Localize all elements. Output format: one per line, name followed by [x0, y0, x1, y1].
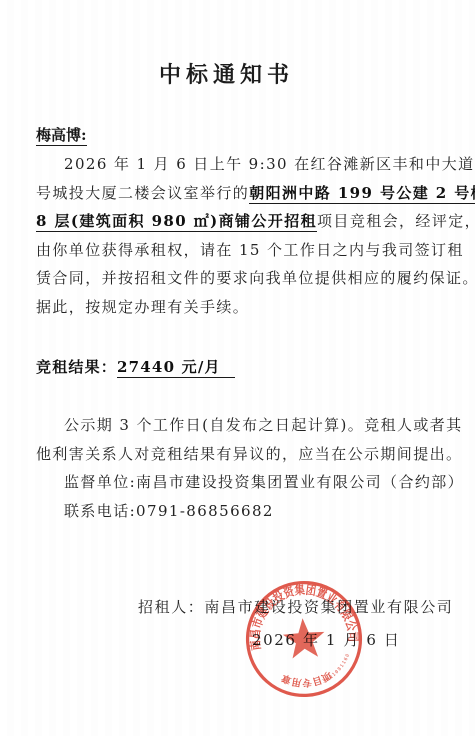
notice-line: 公示期 3 个工作日(自发布之日起计算)。竞租人或者其	[36, 411, 440, 440]
body-line: 据此，按规定办理有关手续。	[36, 293, 440, 322]
body-line: 赁合同，并按招租文件的要求向我单位提供相应的履约保证。	[36, 264, 440, 293]
document-page: 中标通知书 梅高博: 2026 年 1 月 6 日上午 9:30 在红谷滩新区丰…	[0, 0, 475, 736]
body-line: 8 层(建筑面积 980 ㎡)商铺公开招租项目竞租会，经评定，	[36, 207, 440, 236]
seal-star-icon	[282, 617, 326, 659]
property-description-bold: 8 层(建筑面积 980 ㎡)商铺公开招租	[36, 212, 317, 232]
notice-paragraph: 公示期 3 个工作日(自发布之日起计算)。竞租人或者其 他利害关系人对竞租结果有…	[36, 411, 440, 525]
body-line: 2026 年 1 月 6 日上午 9:30 在红谷滩新区丰和中大道 456	[36, 150, 440, 179]
body-line: 号城投大厦二楼会议室举行的朝阳洲中路 199 号公建 2 号楼	[36, 179, 440, 208]
contact-phone: 联系电话:0791-86856682	[36, 497, 440, 526]
body-line: 由你单位获得承租权，请在 15 个工作日之内与我司签订租	[36, 236, 440, 265]
supervisor-unit: 监督单位:南昌市建设投资集团置业有限公司（合约部）	[36, 468, 440, 497]
rent-result-line: 竞租结果：27440 元/月	[36, 356, 235, 377]
seal-serial-text: 3601081160	[320, 652, 354, 685]
document-title: 中标通知书	[0, 58, 453, 89]
property-description-bold: 朝阳洲中路 199 号公建 2 号楼	[249, 184, 475, 204]
notice-line: 他利害关系人对竞租结果有异议的，应当在公示期间提出。	[36, 440, 440, 469]
rent-result-value: 27440 元/月	[117, 358, 235, 378]
rent-result-label: 竞租结果：	[36, 358, 117, 376]
recipient-name: 梅高博:	[36, 124, 87, 145]
body-paragraph: 2026 年 1 月 6 日上午 9:30 在红谷滩新区丰和中大道 456 号城…	[36, 150, 440, 321]
official-seal: 南昌市建设投资集团置业有限公司 项目专用章 3601081160	[239, 574, 369, 704]
